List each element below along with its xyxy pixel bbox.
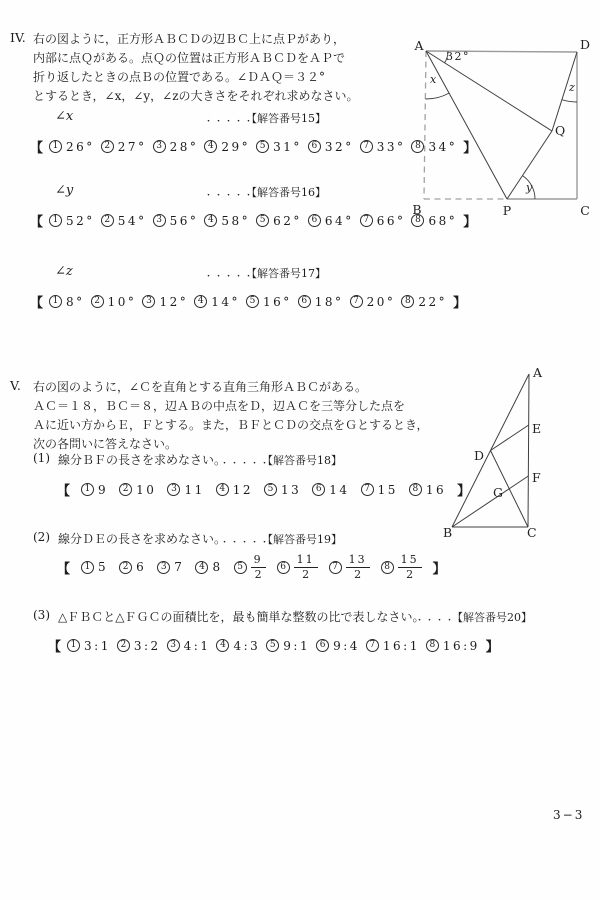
page-number: 3−3 <box>553 808 584 822</box>
angle-variable: y <box>66 183 73 198</box>
choice-number: 3 <box>167 639 180 652</box>
choice-number: 1 <box>67 639 80 652</box>
choice-value: 14° <box>211 295 240 309</box>
problem5-numeral: V. <box>10 378 21 393</box>
triangle-edge-ca <box>528 374 529 527</box>
choice-item: 1 8° <box>49 295 85 309</box>
choice-value: 66° <box>377 214 406 228</box>
choice-item: 2 3:2 <box>117 639 161 653</box>
statement-line: ＡＣ＝１８，ＢＣ＝８，辺ＡＢの中点をＤ，辺ＡＣを三等分した点を <box>33 397 429 416</box>
choice-number: 8 <box>381 561 394 574</box>
choice-number: 5 <box>266 639 279 652</box>
arc-angle-z <box>562 100 577 102</box>
choice-number: 7 <box>350 295 363 308</box>
question2-number: (2) <box>33 530 50 544</box>
choice-value: 9 <box>98 483 108 497</box>
choice-item: 7 33° <box>360 140 406 154</box>
choice-item: 1 52° <box>49 214 95 228</box>
choice-number: 7 <box>366 639 379 652</box>
choice-number: 7 <box>360 214 373 227</box>
answer-ref-19: 【解答番号19】 <box>262 531 342 547</box>
choice-value: 62° <box>273 214 302 228</box>
fraction-numerator: 15 <box>398 554 422 568</box>
part-label-angle-x: ∠x <box>55 109 73 124</box>
choice-number: 6 <box>308 140 321 153</box>
fraction-denominator: 2 <box>346 568 370 581</box>
choices-close-bracket: 】 <box>486 636 499 655</box>
choice-value: 33° <box>377 140 406 154</box>
choice-item: 7 66° <box>360 214 406 228</box>
question2-text: 線分ＤＥの長さを求めなさい。 <box>58 530 226 547</box>
choice-fraction: 152 <box>398 554 422 581</box>
choice-value: 64° <box>325 214 354 228</box>
answer-ref-16: 【解答番号16】 <box>246 184 326 200</box>
choice-item: 1 3:1 <box>67 639 111 653</box>
choice-item: 2 6 <box>119 560 146 574</box>
answer-choices-q2: 【 1 5 2 6 3 7 4 8 <box>57 552 446 582</box>
choice-number: 4 <box>204 214 217 227</box>
choice-item: 3 11 <box>167 483 204 497</box>
choices-open-bracket: 【 <box>30 292 43 311</box>
fraction-numerator: 11 <box>294 554 318 568</box>
choice-value: 6 <box>136 560 146 574</box>
choice-item: 4 4:3 <box>216 639 260 653</box>
choices-open-bracket: 【 <box>30 211 43 230</box>
choice-item: 5 9:1 <box>266 639 310 653</box>
angle-label-z: z <box>568 81 575 94</box>
choice-item: 7 20° <box>350 295 396 309</box>
choice-value: 16:9 <box>443 639 480 653</box>
choice-item: 2 10 <box>119 483 156 497</box>
choice-number: 7 <box>360 140 373 153</box>
choice-value: 14 <box>329 483 349 497</box>
choice-value: 32° <box>325 140 354 154</box>
choice-number: 2 <box>101 214 114 227</box>
choice-item: 6 112 <box>277 554 318 581</box>
choice-item: 6 14 <box>312 483 349 497</box>
answer-choices-q3: 【 1 3:1 2 3:2 3 4:1 4 4:3 5 <box>48 636 499 655</box>
choice-number: 4 <box>216 483 229 496</box>
problem4-numeral: IV. <box>10 30 26 45</box>
statement-line: 右の図のように，∠Ｃを直角とする直角三角形ＡＢＣがある。 <box>33 378 429 397</box>
answer-ref-17: 【解答番号17】 <box>246 265 326 281</box>
answer-choices-z: 【 1 8° 2 10° 3 12° 4 14° 5 <box>30 292 466 311</box>
choice-number: 6 <box>312 483 325 496</box>
angle-symbol: ∠ <box>55 264 66 279</box>
choices-close-bracket: 】 <box>433 558 446 577</box>
choice-number: 4 <box>195 561 208 574</box>
question3-text: △ＦＢＣと△ＦＧＣの面積比を，最も簡単な整数の比で表しなさい。 <box>58 608 424 625</box>
angle-symbol: ∠ <box>55 109 66 124</box>
choice-number: 3 <box>157 561 170 574</box>
answer-ref-20: 【解答番号20】 <box>452 609 532 625</box>
choice-number: 2 <box>91 295 104 308</box>
choice-item: 5 31° <box>256 140 302 154</box>
angle-label-x: x <box>430 73 437 86</box>
choice-value: 58° <box>221 214 250 228</box>
question1-number: (1) <box>33 451 50 465</box>
choice-number: 1 <box>81 483 94 496</box>
choice-item: 4 58° <box>204 214 250 228</box>
choice-number: 8 <box>401 295 414 308</box>
vertex-label-b: B <box>443 525 452 540</box>
point-label-q: Q <box>555 123 565 138</box>
choice-number: 1 <box>81 561 94 574</box>
choice-number: 5 <box>264 483 277 496</box>
choice-item: 1 5 <box>81 560 108 574</box>
choice-value: 11 <box>184 483 204 497</box>
choice-number: 5 <box>256 140 269 153</box>
answer-ref-18: 【解答番号18】 <box>262 452 342 468</box>
choice-value: 31° <box>273 140 302 154</box>
problem5-statement: 右の図のように，∠Ｃを直角とする直角三角形ＡＢＣがある。ＡＣ＝１８，ＢＣ＝８，辺… <box>33 378 429 454</box>
choice-item: 6 18° <box>298 295 344 309</box>
fraction-denominator: 2 <box>294 568 318 581</box>
choice-value: 10° <box>108 295 137 309</box>
choice-number: 8 <box>426 639 439 652</box>
choice-item: 2 10° <box>91 295 137 309</box>
choice-number: 4 <box>194 295 207 308</box>
choice-value: 18° <box>315 295 344 309</box>
statement-line: とするとき，∠x，∠y，∠zの大きさをそれぞれ求めなさい。 <box>33 87 359 106</box>
statement-line: Ａに近い方からＥ，Ｆとする。また，ＢＦとＣＤの交点をＧとするとき， <box>33 416 429 435</box>
choice-item: 8 22° <box>401 295 447 309</box>
choice-value: 5 <box>98 560 108 574</box>
choice-number: 6 <box>308 214 321 227</box>
choice-value: 54° <box>118 214 147 228</box>
choice-number: 5 <box>256 214 269 227</box>
choice-number: 6 <box>316 639 329 652</box>
part-label-angle-y: ∠y <box>55 183 73 198</box>
angle-variable: x <box>66 109 73 124</box>
statement-line: 折り返したときの点Ｂの位置である。∠ＤＡＱ＝３２° <box>33 68 359 87</box>
choice-number: 3 <box>153 140 166 153</box>
choice-number: 1 <box>49 214 62 227</box>
question3-number: (3) <box>33 608 50 622</box>
choice-number: 2 <box>101 140 114 153</box>
choice-value: 10 <box>136 483 156 497</box>
choice-value: 3:1 <box>84 639 111 653</box>
segment-ap <box>426 51 507 199</box>
choice-value: 20° <box>367 295 396 309</box>
choice-value: 27° <box>118 140 147 154</box>
choice-value: 52° <box>66 214 95 228</box>
choice-number: 7 <box>329 561 342 574</box>
choice-value: 8° <box>66 295 85 309</box>
choice-item: 6 64° <box>308 214 354 228</box>
choices-open-bracket: 【 <box>30 137 43 156</box>
statement-line: 内部に点Ｑがある。点Ｑの位置は正方形ＡＢＣＤをＡＰで <box>33 49 359 68</box>
point-label-e: E <box>532 421 541 436</box>
choice-item: 2 27° <box>101 140 147 154</box>
choice-item: 8 16:9 <box>426 639 480 653</box>
choice-value: 56° <box>170 214 199 228</box>
angle-variable: z <box>66 264 73 279</box>
choice-item: 6 32° <box>308 140 354 154</box>
choices-open-bracket: 【 <box>57 558 70 577</box>
choice-item: 3 56° <box>153 214 199 228</box>
segment-aq <box>426 51 552 131</box>
choice-number: 2 <box>119 561 132 574</box>
point-label-f: F <box>532 470 541 485</box>
vertex-label-a: A <box>532 365 543 380</box>
fraction-denominator: 2 <box>251 568 266 581</box>
choice-value: 13 <box>281 483 301 497</box>
choice-number: 1 <box>49 140 62 153</box>
choice-item: 4 12 <box>216 483 253 497</box>
choice-fraction: 92 <box>251 554 266 581</box>
choice-value: 4:3 <box>233 639 260 653</box>
choice-value: 3:2 <box>134 639 161 653</box>
choice-value: 22° <box>418 295 447 309</box>
vertex-label-c: C <box>527 525 537 540</box>
choice-number: 4 <box>204 140 217 153</box>
choice-number: 3 <box>153 214 166 227</box>
point-label-p: P <box>503 203 511 218</box>
problem4-statement: 右の図ように，正方形ＡＢＣＤの辺ＢＣ上に点Ｐがあり，内部に点Ｑがある。点Ｑの位置… <box>33 30 359 106</box>
choice-item: 5 62° <box>256 214 302 228</box>
angle-symbol: ∠ <box>55 183 66 198</box>
statement-line: 右の図ように，正方形ＡＢＣＤの辺ＢＣ上に点Ｐがあり， <box>33 30 359 49</box>
choice-item: 7 132 <box>329 554 370 581</box>
part-label-angle-z: ∠z <box>55 264 73 279</box>
choice-number: 3 <box>167 483 180 496</box>
choice-number: 2 <box>117 639 130 652</box>
choice-value: 16° <box>263 295 292 309</box>
choice-item: 3 28° <box>153 140 199 154</box>
choice-item: 3 7 <box>157 560 184 574</box>
choices-close-bracket: 】 <box>453 292 466 311</box>
angle-label-y: y <box>525 181 533 194</box>
choice-value: 16:1 <box>383 639 420 653</box>
point-label-g: G <box>493 485 503 500</box>
choice-number: 6 <box>277 561 290 574</box>
point-label-d: D <box>474 448 484 463</box>
choice-number: 6 <box>298 295 311 308</box>
choice-number: 4 <box>216 639 229 652</box>
choice-item: 8 152 <box>381 554 422 581</box>
choice-value: 12° <box>159 295 188 309</box>
figure-square-abcd: A D B C P Q 32° x z y <box>405 35 600 220</box>
choice-fraction: 132 <box>346 554 370 581</box>
choice-value: 4:1 <box>184 639 211 653</box>
choice-item: 7 16:1 <box>366 639 420 653</box>
choice-item: 1 26° <box>49 140 95 154</box>
choice-number: 8 <box>409 483 422 496</box>
choice-item: 5 92 <box>234 554 266 581</box>
choice-number: 1 <box>49 295 62 308</box>
choice-fraction: 112 <box>294 554 318 581</box>
fraction-numerator: 9 <box>251 554 266 568</box>
choice-number: 7 <box>361 483 374 496</box>
choice-number: 5 <box>234 561 247 574</box>
choice-number: 5 <box>246 295 259 308</box>
choices-open-bracket: 【 <box>57 480 70 499</box>
vertex-label-c: C <box>580 203 590 218</box>
vertex-label-b: B <box>412 202 421 217</box>
choice-number: 3 <box>142 295 155 308</box>
choice-value: 15 <box>378 483 398 497</box>
vertex-label-a: A <box>413 38 424 53</box>
choice-value: 9:4 <box>333 639 360 653</box>
angle-label-32: 32° <box>446 50 470 63</box>
choice-item: 6 9:4 <box>316 639 360 653</box>
choice-value: 28° <box>170 140 199 154</box>
answer-choices-q1: 【 1 9 2 10 3 11 4 12 5 13 <box>57 480 470 499</box>
vertex-label-d: D <box>580 37 590 52</box>
choice-number: 2 <box>119 483 132 496</box>
segment-bf <box>452 476 528 527</box>
choice-item: 7 15 <box>361 483 398 497</box>
choice-item: 3 4:1 <box>167 639 211 653</box>
choice-value: 12 <box>233 483 253 497</box>
choice-item: 5 13 <box>264 483 301 497</box>
choice-value: 7 <box>174 560 184 574</box>
question1-text: 線分ＢＦの長さを求めなさい。 <box>58 451 226 468</box>
square-edge-ab-dashed <box>424 51 426 199</box>
choice-item: 5 16° <box>246 295 292 309</box>
choice-item: 4 29° <box>204 140 250 154</box>
figure-triangle-abc: A E D F G B C <box>440 360 560 540</box>
choice-value: 26° <box>66 140 95 154</box>
answer-ref-15: 【解答番号15】 <box>246 110 326 126</box>
choice-item: 4 8 <box>195 560 222 574</box>
exam-page: IV. 右の図ように，正方形ＡＢＣＤの辺ＢＣ上に点Ｐがあり，内部に点Ｑがある。点… <box>0 0 600 900</box>
choices-open-bracket: 【 <box>48 636 61 655</box>
fraction-denominator: 2 <box>398 568 422 581</box>
choice-value: 9:1 <box>283 639 310 653</box>
choice-value: 8 <box>212 560 222 574</box>
fraction-numerator: 13 <box>346 554 370 568</box>
choice-item: 2 54° <box>101 214 147 228</box>
arc-angle-x <box>425 93 449 99</box>
segment-de <box>491 425 529 451</box>
choice-item: 1 9 <box>81 483 108 497</box>
choice-item: 3 12° <box>142 295 188 309</box>
choice-item: 4 14° <box>194 295 240 309</box>
choice-value: 29° <box>221 140 250 154</box>
